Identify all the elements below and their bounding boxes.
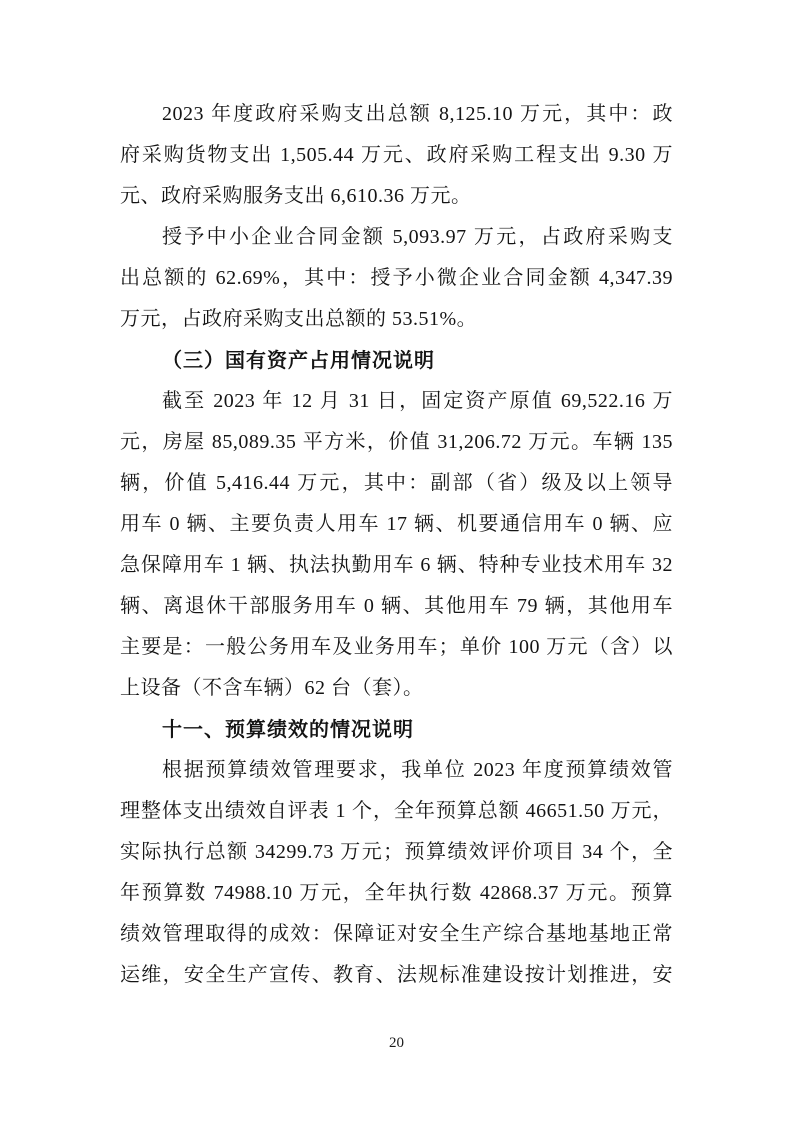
text-line: 辆，价值 5,416.44 万元，其中：副部（省）级及以上领导 bbox=[120, 463, 673, 504]
document-body: 2023 年度政府采购支出总额 8,125.10 万元，其中：政 府采购货物支出… bbox=[120, 94, 673, 996]
text-line: 用车 0 辆、主要负责人用车 17 辆、机要通信用车 0 辆、应 bbox=[120, 504, 673, 545]
document-page: 2023 年度政府采购支出总额 8,125.10 万元，其中：政 府采购货物支出… bbox=[0, 0, 793, 1122]
text-line: 主要是：一般公务用车及业务用车；单价 100 万元（含）以 bbox=[120, 627, 673, 668]
text-line: 理整体支出绩效自评表 1 个，全年预算总额 46651.50 万元， bbox=[120, 791, 673, 832]
text-line: 实际执行总额 34299.73 万元；预算绩效评价项目 34 个，全 bbox=[120, 832, 673, 873]
text-line: 授予中小企业合同金额 5,093.97 万元，占政府采购支 bbox=[120, 217, 673, 258]
text-line: 根据预算绩效管理要求，我单位 2023 年度预算绩效管 bbox=[120, 750, 673, 791]
section-heading-budget-performance: 十一、预算绩效的情况说明 bbox=[120, 709, 673, 750]
text-line: 绩效管理取得的成效：保障证对安全生产综合基地基地正常 bbox=[120, 914, 673, 955]
text-line: 急保障用车 1 辆、执法执勤用车 6 辆、特种专业技术用车 32 bbox=[120, 545, 673, 586]
text-line: 年预算数 74988.10 万元，全年执行数 42868.37 万元。预算 bbox=[120, 873, 673, 914]
text-line: 辆、离退休干部服务用车 0 辆、其他用车 79 辆，其他用车 bbox=[120, 586, 673, 627]
section-heading-state-assets: （三）国有资产占用情况说明 bbox=[120, 340, 673, 381]
text-line: 出总额的 62.69%，其中：授予小微企业合同金额 4,347.39 bbox=[120, 258, 673, 299]
text-line: 截至 2023 年 12 月 31 日，固定资产原值 69,522.16 万 bbox=[120, 381, 673, 422]
text-line: 府采购货物支出 1,505.44 万元、政府采购工程支出 9.30 万 bbox=[120, 135, 673, 176]
text-line: 2023 年度政府采购支出总额 8,125.10 万元，其中：政 bbox=[120, 94, 673, 135]
text-line: 万元，占政府采购支出总额的 53.51%。 bbox=[120, 299, 673, 340]
text-line: 运维，安全生产宣传、教育、法规标准建设按计划推进，安 bbox=[120, 955, 673, 996]
text-line: 上设备（不含车辆）62 台（套）。 bbox=[120, 668, 673, 709]
page-number: 20 bbox=[0, 1033, 793, 1053]
text-line: 元、政府采购服务支出 6,610.36 万元。 bbox=[120, 176, 673, 217]
text-line: 元，房屋 85,089.35 平方米，价值 31,206.72 万元。车辆 13… bbox=[120, 422, 673, 463]
